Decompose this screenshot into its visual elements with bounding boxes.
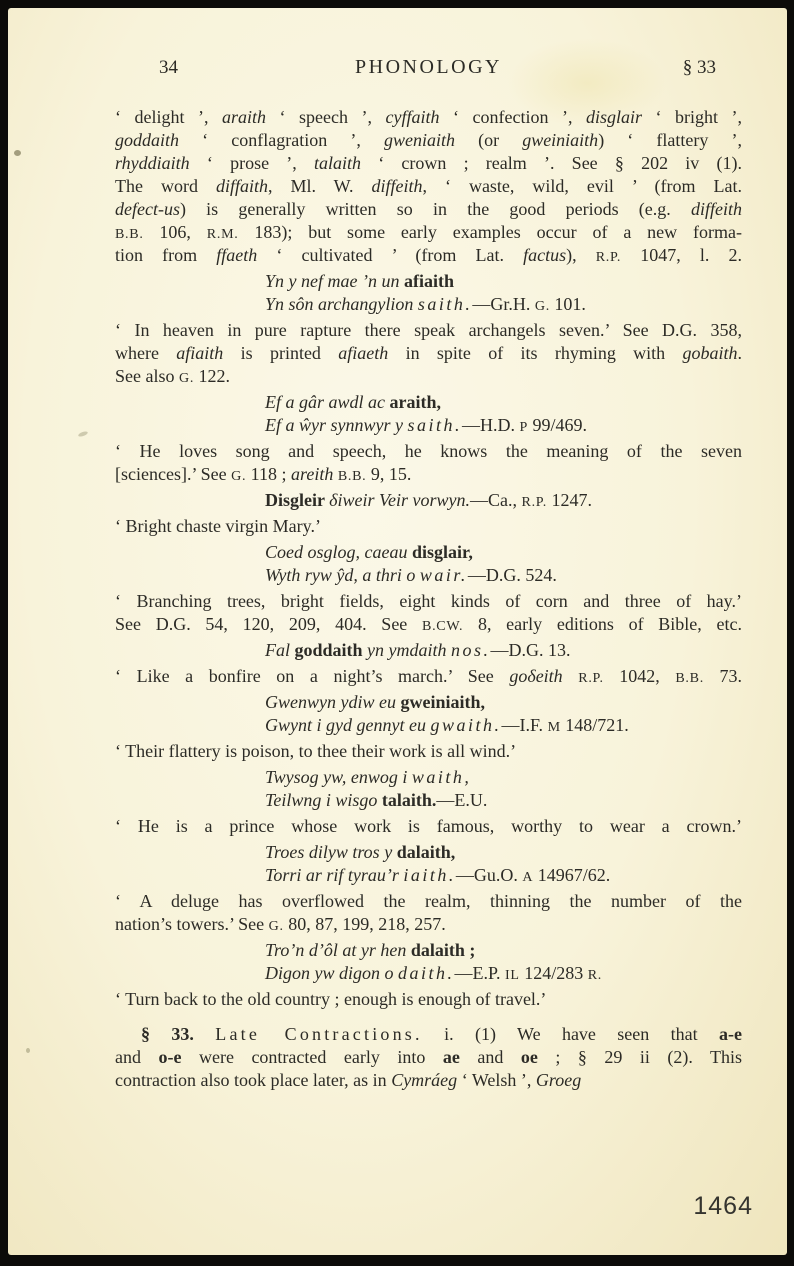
text-run: daith.: [398, 963, 455, 983]
text-run: contraction also took place later, as in: [115, 1070, 391, 1090]
page-title: PHONOLOGY: [115, 56, 742, 79]
text-line: Ef a gâr awdl ac araith,: [115, 391, 742, 414]
text-line: ‘ A deluge has overflowed the realm, thi…: [115, 890, 742, 913]
text-run: 118 ;: [246, 464, 291, 484]
text-run: Yn sôn archangylion: [265, 294, 418, 314]
text-run: diffeith: [371, 176, 422, 196]
text-run: disglair,: [412, 542, 473, 562]
text-run: 1047, l. 2.: [621, 245, 742, 265]
text-run: 73.: [704, 666, 742, 686]
para-block: ‘ He loves song and speech, he knows the…: [115, 440, 742, 486]
text-run: diffeith: [691, 199, 742, 219]
text-run: R.M.: [207, 226, 239, 242]
text-run: yn ymdaith: [367, 640, 451, 660]
text-run: iaith.: [403, 865, 456, 885]
text-line: § 33. Late Contractions. i. (1) We have …: [115, 1023, 742, 1046]
verse-block: Yn y nef mae ’n un afiaithYn sôn archang…: [115, 270, 742, 316]
text-run: , Ml. W.: [268, 176, 371, 196]
text-run: Troes dilyw tros y: [265, 842, 397, 862]
text-run: 106,: [144, 222, 207, 242]
para-block: ‘ Turn back to the old country ; enough …: [115, 988, 742, 1011]
text-run: rhyddiaith: [115, 153, 190, 173]
text-run: goddaith: [115, 130, 179, 150]
section-ref: § 33: [683, 56, 716, 79]
text-line: ‘ Their flattery is poison, to thee thei…: [115, 740, 742, 763]
text-run: defect-us: [115, 199, 180, 219]
text-run: 124/283: [520, 963, 588, 983]
text-run: R.P.: [522, 494, 547, 510]
text-line: See D.G. 54, 120, 209, 404. See B.CW. 8,…: [115, 613, 742, 636]
text-run: ae: [443, 1047, 460, 1067]
text-run: G.: [231, 468, 246, 484]
text-run: a-e: [719, 1024, 742, 1044]
text-run: cyffaith: [386, 107, 440, 127]
text-line: ‘ delight ’, araith ‘ speech ’, cyffaith…: [115, 106, 742, 129]
text-run: ‘ crown ; realm ’. See § 202 iv (1).: [361, 153, 742, 173]
text-run: 1247.: [547, 490, 592, 510]
text-run: ‘ A deluge has overflowed the realm, thi…: [115, 891, 742, 911]
text-run: R.P.: [596, 249, 621, 265]
text-run: nos.: [451, 640, 491, 660]
text-run: afiaith: [176, 343, 223, 363]
text-run: IL: [505, 967, 520, 983]
text-run: ‘ speech ’,: [266, 107, 386, 127]
page-content: 34 PHONOLOGY § 33 ‘ delight ’, araith ‘ …: [115, 56, 742, 1094]
text-run: ) is generally written so in the good pe…: [180, 199, 691, 219]
text-run: B.B.: [115, 226, 144, 242]
text-run: saith.: [418, 294, 473, 314]
text-run: gweniaith: [384, 130, 455, 150]
text-run: tion from: [115, 245, 216, 265]
text-run: See also: [115, 366, 179, 386]
text-run: 101.: [550, 294, 586, 314]
text-run: —I.F.: [501, 715, 547, 735]
text-run: 99/469.: [528, 415, 587, 435]
text-run: 1042,: [604, 666, 676, 686]
text-run: Teilwng i wisgo: [265, 790, 382, 810]
text-run: B.B.: [675, 670, 704, 686]
text-line: Teilwng i wisgo talaith.—E.U.: [115, 789, 742, 812]
text-run: Yn y nef mae ’n un: [265, 271, 404, 291]
text-run: Twysog yw, enwog i: [265, 767, 412, 787]
text-run: and: [115, 1047, 159, 1067]
text-run: See D.G. 54, 120, 209, 404. See: [115, 614, 422, 634]
text-line: ‘ Turn back to the old country ; enough …: [115, 988, 742, 1011]
text-run: .: [738, 343, 743, 363]
text-line: ‘ He loves song and speech, he knows the…: [115, 440, 742, 463]
text-run: ‘ Branching trees, bright fields, eight …: [115, 591, 742, 611]
text-run: 9, 15.: [366, 464, 411, 484]
text-run: ‘ In heaven in pure rapture there speak …: [115, 320, 742, 340]
text-run: δiweir Veir vorwyn.: [329, 490, 470, 510]
text-line: Yn sôn archangylion saith.—Gr.H. G. 101.: [115, 293, 742, 316]
text-run: Cymráeg: [391, 1070, 457, 1090]
text-run: factus: [523, 245, 566, 265]
text-line: nation’s towers.’ See G. 80, 87, 199, 21…: [115, 913, 742, 936]
text-run: ‘ cultivated ’ (from Lat.: [257, 245, 523, 265]
para-block: ‘ Like a bonfire on a night’s march.’ Se…: [115, 665, 742, 688]
text-run: ‘ He is a prince whose work is famous, w…: [115, 816, 742, 836]
text-run: areith: [291, 464, 333, 484]
text-run: dalaith ;: [411, 940, 476, 960]
text-run: 8, early editions of Bible, etc.: [463, 614, 742, 634]
text-run: wair.: [420, 565, 468, 585]
text-line: tion from ffaeth ‘ cultivated ’ (from La…: [115, 244, 742, 267]
page-body: ‘ delight ’, araith ‘ speech ’, cyffaith…: [115, 106, 742, 1092]
text-line: ‘ Branching trees, bright fields, eight …: [115, 590, 742, 613]
text-run: ‘ delight ’,: [115, 107, 222, 127]
text-run: araith,: [390, 392, 442, 412]
text-line: Coed osglog, caeau disglair,: [115, 541, 742, 564]
text-run: waith,: [412, 767, 472, 787]
verse-block: Tro’n d’ôl at yr hen dalaith ;Digon yw d…: [115, 939, 742, 985]
text-line: Gwynt i gyd gennyt eu gwaith.—I.F. M 148…: [115, 714, 742, 737]
text-run: 183); but some early examples occur of a…: [238, 222, 742, 242]
text-run: Gwenwyn ydiw eu: [265, 692, 400, 712]
text-line: defect-us) is generally written so in th…: [115, 198, 742, 221]
text-line: Gwenwyn ydiw eu gweiniaith,: [115, 691, 742, 714]
text-line: where afiaith is printed afiaeth in spit…: [115, 342, 742, 365]
verse-block: Disgleir δiweir Veir vorwyn.—Ca., R.P. 1…: [115, 489, 742, 512]
text-run: ‘ Turn back to the old country ; enough …: [115, 989, 546, 1009]
text-run: ‘ Like a bonfire on a night’s march.’ Se…: [115, 666, 509, 686]
text-run: —Ca.,: [470, 490, 522, 510]
text-line: B.B. 106, R.M. 183); but some early exam…: [115, 221, 742, 244]
text-run: Groeg: [536, 1070, 581, 1090]
text-line: ‘ He is a prince whose work is famous, w…: [115, 815, 742, 838]
text-run: —H.D.: [462, 415, 520, 435]
text-run: were contracted early into: [181, 1047, 442, 1067]
verse-block: Fal goddaith yn ymdaith nos.—D.G. 13.: [115, 639, 742, 662]
text-line: [sciences].’ See G. 118 ; areith B.B. 9,…: [115, 463, 742, 486]
text-run: ‘ He loves song and speech, he knows the…: [115, 441, 742, 461]
verse-block: Gwenwyn ydiw eu gweiniaith,Gwynt i gyd g…: [115, 691, 742, 737]
text-run: is printed: [223, 343, 338, 363]
text-run: § 33.: [141, 1024, 215, 1044]
text-run: ‘ bright ’,: [642, 107, 742, 127]
text-run: Disgleir: [265, 490, 329, 510]
text-run: ‘ Their flattery is poison, to thee thei…: [115, 741, 516, 761]
para-block: ‘ delight ’, araith ‘ speech ’, cyffaith…: [115, 106, 742, 267]
para-block: ‘ He is a prince whose work is famous, w…: [115, 815, 742, 838]
text-run: G.: [535, 298, 550, 314]
text-run: Torri ar rif tyrau’r: [265, 865, 403, 885]
text-run: Wyth ryw ŷd, a thri o: [265, 565, 420, 585]
text-run: (or: [455, 130, 522, 150]
verse-block: Twysog yw, enwog i waith,Teilwng i wisgo…: [115, 766, 742, 812]
text-line: contraction also took place later, as in…: [115, 1069, 742, 1092]
text-run: A: [522, 869, 533, 885]
verse-block: Coed osglog, caeau disglair,Wyth ryw ŷd,…: [115, 541, 742, 587]
text-run: Ef a ŵyr synnwyr y: [265, 415, 407, 435]
text-run: G.: [179, 370, 194, 386]
text-run: Fal: [265, 640, 295, 660]
text-run: ),: [566, 245, 596, 265]
text-line: Troes dilyw tros y dalaith,: [115, 841, 742, 864]
text-run: ‘ conflagration ’,: [179, 130, 384, 150]
text-run: P: [520, 419, 529, 435]
para-block: ‘ Their flattery is poison, to thee thei…: [115, 740, 742, 763]
para-block: ‘ Branching trees, bright fields, eight …: [115, 590, 742, 636]
scan-speck: [78, 430, 89, 437]
text-run: —D.G. 13.: [491, 640, 571, 660]
text-run: —Gu.O.: [456, 865, 523, 885]
text-run: Digon yw digon o: [265, 963, 398, 983]
text-run: ‘ prose ’,: [190, 153, 314, 173]
text-run: oe: [521, 1047, 538, 1067]
text-run: goddaith: [295, 640, 368, 660]
verse-block: Ef a gâr awdl ac araith,Ef a ŵyr synnwyr…: [115, 391, 742, 437]
text-run: i. (1) We have seen that: [423, 1024, 719, 1044]
text-run: Tro’n d’ôl at yr hen: [265, 940, 411, 960]
text-run: G.: [269, 918, 284, 934]
para-block: § 33. Late Contractions. i. (1) We have …: [115, 1023, 742, 1092]
text-line: Twysog yw, enwog i waith,: [115, 766, 742, 789]
text-run: araith: [222, 107, 266, 127]
text-run: saith.: [407, 415, 462, 435]
text-run: Coed osglog, caeau: [265, 542, 412, 562]
text-run: 148/721.: [561, 715, 629, 735]
text-run: R.: [588, 967, 602, 983]
text-run: ‘ Welsh ’,: [457, 1070, 536, 1090]
para-block: ‘ In heaven in pure rapture there speak …: [115, 319, 742, 388]
para-block: ‘ A deluge has overflowed the realm, thi…: [115, 890, 742, 936]
text-run: —Gr.H.: [472, 294, 535, 314]
text-run: in spite of its rhyming with: [388, 343, 682, 363]
text-run: 122.: [194, 366, 230, 386]
text-run: gwaith.: [430, 715, 501, 735]
scan-speck: [14, 150, 21, 156]
text-run: ffaeth: [216, 245, 257, 265]
text-line: See also G. 122.: [115, 365, 742, 388]
text-run: dalaith,: [397, 842, 456, 862]
text-line: Digon yw digon o daith.—E.P. IL 124/283 …: [115, 962, 742, 985]
text-run: 80, 87, 199, 218, 257.: [284, 914, 446, 934]
text-run: nation’s towers.’ See: [115, 914, 269, 934]
text-run: disglair: [586, 107, 642, 127]
text-run: talaith: [314, 153, 361, 173]
text-run: gweiniaith,: [400, 692, 485, 712]
text-run: —E.U.: [436, 790, 487, 810]
text-run: ) ‘ flattery ’,: [598, 130, 742, 150]
text-run: The word: [115, 176, 216, 196]
text-line: Ef a ŵyr synnwyr y saith.—H.D. P 99/469.: [115, 414, 742, 437]
text-run: goδeith: [509, 666, 562, 686]
text-run: R.P.: [578, 670, 603, 686]
text-run: Ef a gâr awdl ac: [265, 392, 390, 412]
text-run: [sciences].’ See: [115, 464, 231, 484]
text-run: diffaith: [216, 176, 268, 196]
book-page: 34 PHONOLOGY § 33 ‘ delight ’, araith ‘ …: [8, 8, 787, 1255]
text-line: goddaith ‘ conflagration ’, gweniaith (o…: [115, 129, 742, 152]
text-line: Torri ar rif tyrau’r iaith.—Gu.O. A 1496…: [115, 864, 742, 887]
text-run: o-e: [159, 1047, 182, 1067]
text-run: 14967/62.: [533, 865, 610, 885]
text-run: ‘ Bright chaste virgin Mary.’: [115, 516, 321, 536]
para-block: ‘ Bright chaste virgin Mary.’: [115, 515, 742, 538]
scan-number: 1464: [693, 1192, 753, 1221]
text-run: Gwynt i gyd gennyt eu: [265, 715, 430, 735]
text-run: [563, 666, 579, 686]
text-line: Disgleir δiweir Veir vorwyn.—Ca., R.P. 1…: [115, 489, 742, 512]
text-run: gobaith: [682, 343, 737, 363]
text-line: Wyth ryw ŷd, a thri o wair.—D.G. 524.: [115, 564, 742, 587]
text-run: afiaith: [404, 271, 454, 291]
text-run: ‘ confection ’,: [440, 107, 586, 127]
text-run: where: [115, 343, 176, 363]
text-line: and o-e were contracted early into ae an…: [115, 1046, 742, 1069]
text-line: Fal goddaith yn ymdaith nos.—D.G. 13.: [115, 639, 742, 662]
text-run: afiaeth: [338, 343, 388, 363]
text-run: Late Contractions.: [215, 1024, 422, 1044]
text-run: ; § 29 ii (2). This: [538, 1047, 742, 1067]
text-run: M: [548, 719, 561, 735]
text-line: The word diffaith, Ml. W. diffeith, ‘ wa…: [115, 175, 742, 198]
text-run: and: [460, 1047, 521, 1067]
verse-block: Troes dilyw tros y dalaith,Torri ar rif …: [115, 841, 742, 887]
text-run: —E.P.: [455, 963, 506, 983]
scan-speck: [26, 1048, 30, 1053]
text-run: B.CW.: [422, 618, 463, 634]
text-line: ‘ Bright chaste virgin Mary.’: [115, 515, 742, 538]
page-header: 34 PHONOLOGY § 33: [115, 56, 742, 82]
text-line: Tro’n d’ôl at yr hen dalaith ;: [115, 939, 742, 962]
text-run: , ‘ waste, wild, evil ’ (from Lat.: [422, 176, 742, 196]
text-line: rhyddiaith ‘ prose ’, talaith ‘ crown ; …: [115, 152, 742, 175]
text-run: gweiniaith: [522, 130, 598, 150]
text-line: ‘ Like a bonfire on a night’s march.’ Se…: [115, 665, 742, 688]
text-run: B.B.: [338, 468, 367, 484]
text-run: —D.G. 524.: [468, 565, 557, 585]
text-line: ‘ In heaven in pure rapture there speak …: [115, 319, 742, 342]
text-run: talaith.: [382, 790, 437, 810]
text-line: Yn y nef mae ’n un afiaith: [115, 270, 742, 293]
